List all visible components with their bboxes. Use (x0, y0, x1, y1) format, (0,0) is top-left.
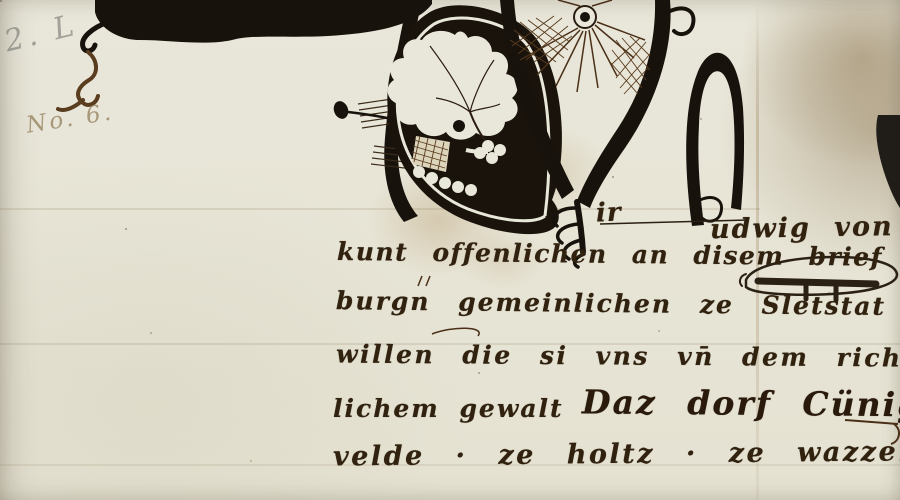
manuscript-line-5b: Daz dorf Cüniges (582, 382, 900, 424)
manuscript-line-5a: lichem gewalt · (333, 394, 594, 423)
ink-fragment (876, 115, 900, 208)
manuscript-line-6: velde · ze holtz · ze wazzer · vnd ze (333, 435, 900, 473)
bud-ornament (331, 99, 396, 121)
manuscript-photo: 2. L No. 6. ir udwig von got kunt offenl… (0, 0, 900, 500)
manuscript-line-2: kunt offenlichen an disem brief · (337, 237, 900, 272)
initial-l-ornament (686, 53, 744, 226)
pen-band-ornament (83, 0, 432, 51)
manuscript-line-1-prefix: ir (595, 198, 622, 229)
manuscript-line-4: willen die si vns vn̄ dem riche biz f (336, 340, 900, 374)
initial-w-ornament (331, 0, 693, 267)
manuscript-line-1: udwig von got (710, 210, 900, 246)
